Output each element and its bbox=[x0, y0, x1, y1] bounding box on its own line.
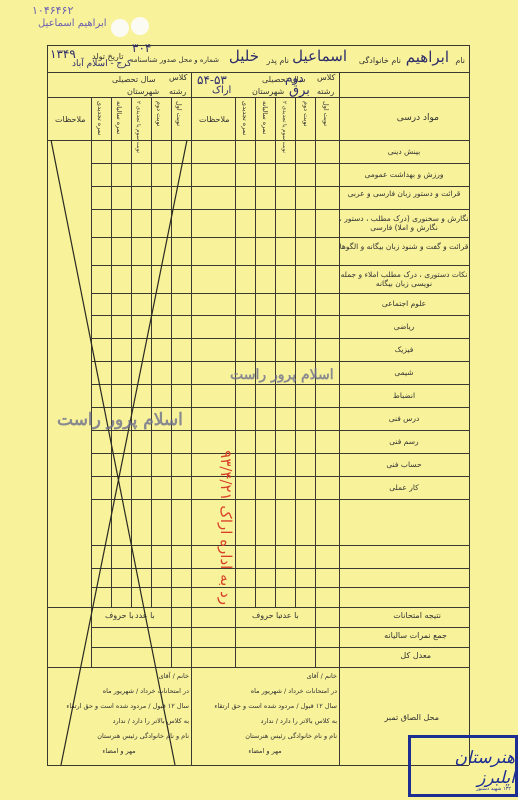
subject-label: درس فنی bbox=[339, 414, 469, 423]
footer-block-1: خانم / آقای در امتحانات خرداد / شهریور م… bbox=[193, 669, 337, 763]
name-value: ابراهیم bbox=[406, 48, 449, 66]
col-header: نمره تجدیدی bbox=[96, 101, 104, 135]
subject-label: قرائت و دستور زبان فارسی و عربی bbox=[339, 189, 469, 198]
gray-stamp: اسلام پرور راست bbox=[230, 367, 334, 383]
footer-year: سال ۱۲ قبول / مردود شده است و حق ارتقاء bbox=[193, 699, 337, 714]
col-header-notes: ملاحظات bbox=[199, 115, 230, 124]
seal-text: هنرستان ایلبرز bbox=[431, 748, 515, 788]
subject-label: فیزیک bbox=[339, 345, 469, 354]
footer-principal: نام و نام خانوادگی رئیس هنرستان bbox=[193, 729, 337, 744]
subjects-header: مواد درسی bbox=[397, 113, 439, 123]
class-label-2: کلاس bbox=[169, 73, 187, 82]
col-header: نوبت اول bbox=[175, 101, 183, 126]
col-header: نمره تجدیدی bbox=[241, 101, 249, 135]
archive-name: ابراهیم اسماعیل bbox=[38, 18, 107, 29]
col-header: نوبت اول bbox=[322, 101, 330, 126]
subject-label: بینش دینی bbox=[339, 147, 469, 156]
subject-label: شیمی bbox=[339, 368, 469, 377]
family-value: اسماعیل bbox=[292, 47, 347, 65]
col-header-notes: ملاحظات bbox=[55, 115, 86, 124]
subject-label: علوم اجتماعی bbox=[339, 299, 469, 308]
subject-label: انضباط bbox=[339, 391, 469, 400]
archive-number: ۱۰۴۶۴۶۲ bbox=[32, 4, 73, 17]
father-value: خلیل bbox=[229, 47, 259, 65]
field-label-2: رشته bbox=[169, 87, 186, 96]
subject-label: نگارش و سخنوری (درک مطلب ، دستور ، نگارش… bbox=[339, 214, 469, 232]
field-label-1: رشته bbox=[317, 87, 334, 96]
col-header: نوبت سوم یا تجدیدی ۲ bbox=[281, 101, 287, 153]
avg-label: معدل کل bbox=[400, 651, 431, 660]
subject-label: قرائت و گفت و شنود زبان بیگانه و الگوها bbox=[339, 242, 469, 251]
city-label-1: شهرستان bbox=[252, 87, 284, 96]
id-value: ۳۰۴ bbox=[132, 41, 151, 55]
photo-label: محل الصاق تمبر bbox=[384, 713, 439, 722]
gray-stamp: اسلام پرور راست bbox=[57, 410, 183, 430]
col-header: نوبت دوم bbox=[302, 101, 310, 126]
city-value-1: اراک bbox=[212, 85, 231, 96]
id-label: شماره و محل صدور شناسنامه bbox=[130, 56, 219, 64]
seal-small-text: ۱۳۲ شهید دستور bbox=[476, 786, 511, 792]
col-header: نمره سالیانه bbox=[261, 101, 269, 134]
school-seal: هنرستان ایلبرز ۱۳۲ شهید دستور bbox=[408, 735, 518, 797]
footer-class: به کلاس بالاتر را دارد / ندارد bbox=[193, 714, 337, 729]
field-value-1: برق bbox=[289, 83, 310, 98]
year-label-2: سال تحصیلی bbox=[112, 75, 156, 84]
subject-label: نکات دستوری ، درک مطلب املاء و جمله نویس… bbox=[339, 270, 469, 288]
name-label: نام bbox=[455, 56, 465, 65]
total-label: جمع نمرات سالیانه bbox=[384, 631, 447, 640]
by-number-1: با عدد bbox=[279, 611, 299, 620]
col-header: نوبت دوم bbox=[155, 101, 163, 126]
col-header: نمره سالیانه bbox=[115, 101, 123, 134]
punch-hole bbox=[131, 17, 149, 35]
report-card-form: نام ابراهیم نام خانوادگی اسماعیل نام پدر… bbox=[47, 45, 469, 765]
red-handwriting: رد به اداره اراک ۹۳/۴/۲۱ bbox=[217, 345, 235, 605]
subject-label: رسم فنی bbox=[339, 437, 469, 446]
subject-label: حساب فنی bbox=[339, 460, 469, 469]
footer-sign: مهر و امضاء bbox=[193, 744, 337, 759]
subject-label: ریاضی bbox=[339, 322, 469, 331]
result-label: نتیجه امتحانات bbox=[393, 611, 441, 620]
birth-label: تاریخ تولد bbox=[92, 52, 123, 61]
cross-out-lines bbox=[47, 140, 191, 765]
city-label-2: شهرستان bbox=[127, 87, 159, 96]
punch-hole bbox=[111, 19, 129, 37]
family-label: نام خانوادگی bbox=[359, 56, 401, 65]
subject-label: کار عملی bbox=[339, 483, 469, 492]
footer-exam: در امتحانات خرداد / شهریور ماه bbox=[193, 684, 337, 699]
father-label: نام پدر bbox=[267, 56, 289, 65]
birth-value: ۱۳۴۹ bbox=[50, 47, 76, 61]
subject-label: ورزش و بهداشت عمومی bbox=[339, 170, 469, 179]
class-label-1: کلاس bbox=[317, 73, 335, 82]
footer-mr: خانم / آقای bbox=[193, 669, 337, 684]
by-letters-1: با حروف bbox=[252, 611, 281, 620]
